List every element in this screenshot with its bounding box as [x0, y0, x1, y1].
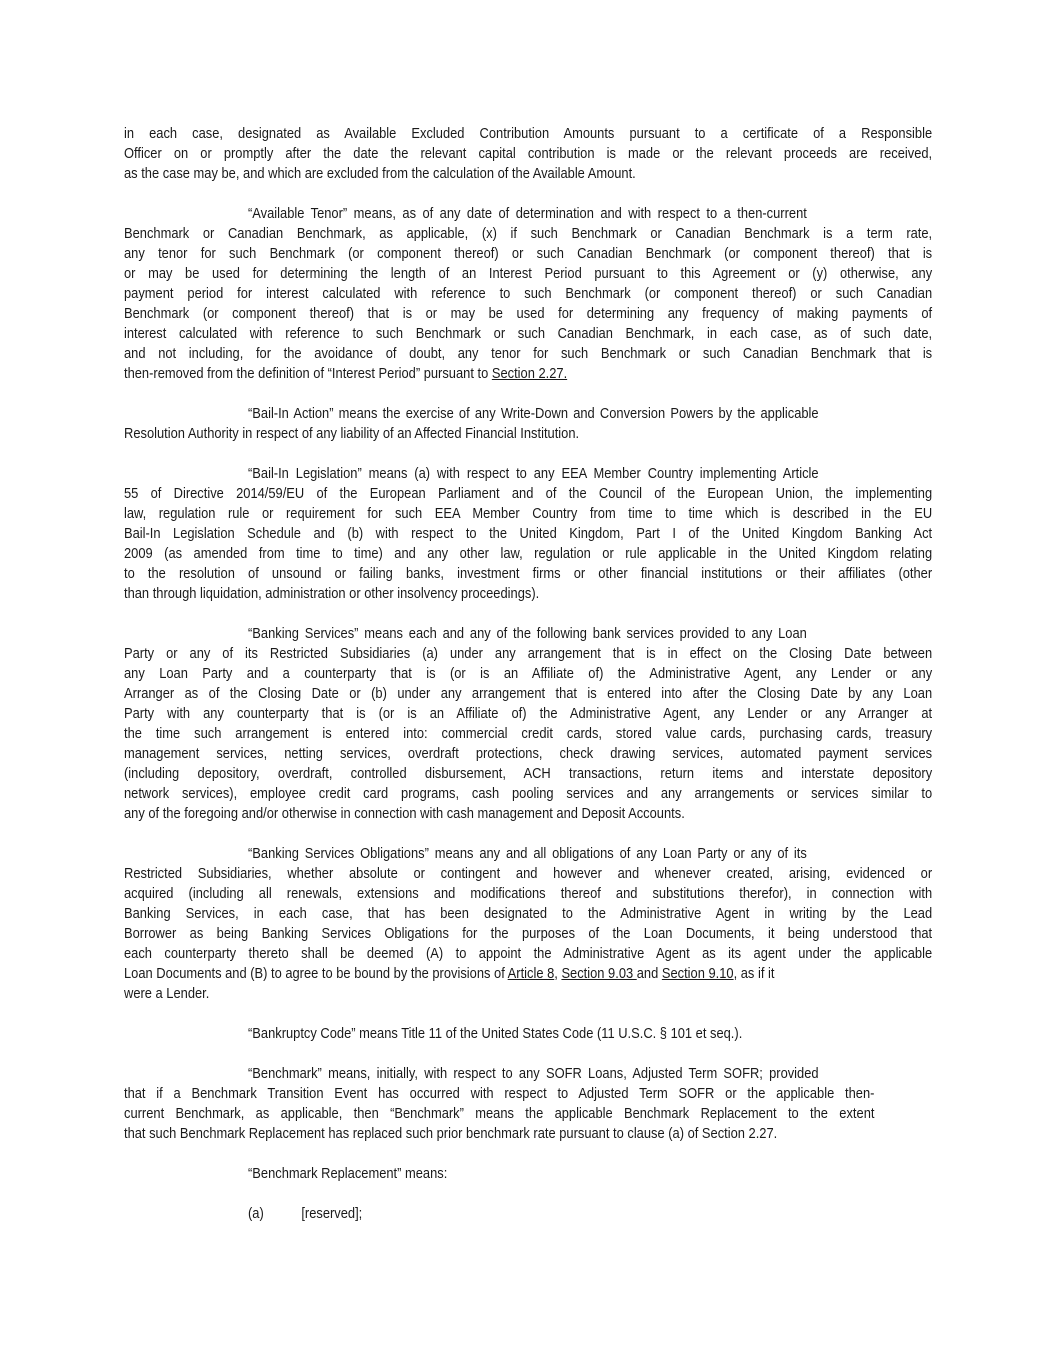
section-9-10-link[interactable]: Section 9.10 [662, 965, 734, 982]
text-line: “Benchmark Replacement” means: [124, 1164, 932, 1184]
text-span: Party or any of its Restricted Subsidiar… [124, 644, 932, 664]
text-fragment: and [637, 965, 662, 982]
text-span: “Banking Services Obligations” means any… [248, 844, 807, 864]
definition-benchmark-replacement: “Benchmark Replacement” means: [124, 1164, 932, 1184]
text-line: any Loan Party and a counterparty that i… [124, 664, 932, 684]
text-line: Benchmark or Canadian Benchmark, as appl… [124, 224, 932, 244]
text-span: that if a Benchmark Transition Event has… [124, 1084, 874, 1104]
text-fragment: , as if it [734, 965, 775, 982]
section-2-27-link[interactable]: Section 2.27. [492, 365, 567, 382]
text-line: as the case may be, and which are exclud… [124, 164, 932, 184]
text-line: Benchmark (or component thereof) that is… [124, 304, 932, 324]
text-line: Borrower as being Banking Services Oblig… [124, 924, 932, 944]
text-span: or may be used for determining the lengt… [124, 264, 932, 284]
text-line: Officer on or promptly after the date th… [124, 144, 932, 164]
text-line: “Bail-In Legislation” means (a) with res… [124, 464, 932, 484]
text-span: “Available Tenor” means, as of any date … [248, 204, 807, 224]
text-span: any tenor for such Benchmark (or compone… [124, 244, 932, 264]
text-line: management services, netting services, o… [124, 744, 932, 764]
text-span: Banking Services, in each case, that has… [124, 904, 932, 924]
text-line: to the resolution of unsound or failing … [124, 564, 932, 584]
text-span: (a)[reserved]; [248, 1204, 362, 1224]
text-span: “Bail-In Action” means the exercise of a… [248, 404, 819, 424]
text-line: law, regulation rule or requirement for … [124, 504, 932, 524]
text-line: 55 of Directive 2014/59/EU of the Europe… [124, 484, 932, 504]
text-span: the time such arrangement is entered int… [124, 724, 932, 744]
definition-bail-in-legislation: “Bail-In Legislation” means (a) with res… [124, 464, 932, 604]
text-line: than through liquidation, administration… [124, 584, 932, 604]
text-span: Benchmark or Canadian Benchmark, as appl… [124, 224, 932, 244]
text-span: 2009 (as amended from time to time) and … [124, 544, 932, 564]
text-span: management services, netting services, o… [124, 744, 932, 764]
text-span: 55 of Directive 2014/59/EU of the Europe… [124, 484, 932, 504]
text-span: “Banking Services” means each and any of… [248, 624, 807, 644]
text-line: “Banking Services” means each and any of… [124, 624, 932, 644]
text-span: then-removed from the definition of “Int… [124, 364, 932, 384]
text-line: “Available Tenor” means, as of any date … [124, 204, 932, 224]
text-span: than through liquidation, administration… [124, 584, 932, 604]
text-span: each counterparty thereto shall be deeme… [124, 944, 932, 964]
text-line: Resolution Authority in respect of any l… [124, 424, 932, 444]
text-line: network services), employee credit card … [124, 784, 932, 804]
definition-bail-in-action: “Bail-In Action” means the exercise of a… [124, 404, 932, 444]
definition-available-tenor: “Available Tenor” means, as of any date … [124, 204, 932, 384]
text-line: interest calculated with reference to su… [124, 324, 932, 344]
section-9-03-link[interactable]: Section 9.03 [561, 965, 636, 982]
text-span: interest calculated with reference to su… [124, 324, 932, 344]
definition-banking-services-obligations: “Banking Services Obligations” means any… [124, 844, 932, 1004]
text-span: Benchmark (or component thereof) that is… [124, 304, 932, 324]
text-line: “Bankruptcy Code” means Title 11 of the … [124, 1024, 932, 1044]
text-line: Loan Documents and (B) to agree to be bo… [124, 964, 932, 984]
text-span: Resolution Authority in respect of any l… [124, 424, 932, 444]
text-line: Banking Services, in each case, that has… [124, 904, 932, 924]
list-item-label: (a) [248, 1204, 301, 1224]
text-span: “Benchmark” means, initially, with respe… [248, 1064, 819, 1084]
text-line: “Bail-In Action” means the exercise of a… [124, 404, 932, 424]
text-span: Arranger as of the Closing Date or (b) u… [124, 684, 932, 704]
definition-banking-services: “Banking Services” means each and any of… [124, 624, 932, 824]
text-span: Borrower as being Banking Services Oblig… [124, 924, 932, 944]
text-span: Party with any counterparty that is (or … [124, 704, 932, 724]
text-span: current Benchmark, as applicable, then “… [124, 1104, 874, 1124]
article-8-link[interactable]: Article 8 [508, 965, 555, 982]
text-line: acquired (including all renewals, extens… [124, 884, 932, 904]
definition-bankruptcy-code: “Bankruptcy Code” means Title 11 of the … [124, 1024, 932, 1044]
text-line: in each case, designated as Available Ex… [124, 124, 932, 144]
text-span: that such Benchmark Replacement has repl… [124, 1124, 932, 1144]
text-span: law, regulation rule or requirement for … [124, 504, 932, 524]
text-span: acquired (including all renewals, extens… [124, 884, 932, 904]
list-item-line: (a)[reserved]; [124, 1204, 932, 1224]
text-span: (including depository, overdraft, contro… [124, 764, 932, 784]
text-line: that such Benchmark Replacement has repl… [124, 1124, 932, 1144]
text-line: current Benchmark, as applicable, then “… [124, 1104, 932, 1124]
text-line: “Benchmark” means, initially, with respe… [124, 1064, 932, 1084]
paragraph-continuation: in each case, designated as Available Ex… [124, 124, 932, 184]
text-line: were a Lender. [124, 984, 932, 1004]
text-line: (including depository, overdraft, contro… [124, 764, 932, 784]
text-line: then-removed from the definition of “Int… [124, 364, 932, 384]
text-line: that if a Benchmark Transition Event has… [124, 1084, 932, 1104]
text-line: Party with any counterparty that is (or … [124, 704, 932, 724]
text-line: Restricted Subsidiaries, whether absolut… [124, 864, 932, 884]
text-line: each counterparty thereto shall be deeme… [124, 944, 932, 964]
text-span: to the resolution of unsound or failing … [124, 564, 932, 584]
text-line: Party or any of its Restricted Subsidiar… [124, 644, 932, 664]
text-span: network services), employee credit card … [124, 784, 932, 804]
text-line: Arranger as of the Closing Date or (b) u… [124, 684, 932, 704]
text-line: payment period for interest calculated w… [124, 284, 932, 304]
text-span: were a Lender. [124, 984, 932, 1004]
text-span: as the case may be, and which are exclud… [124, 164, 932, 184]
text-line: the time such arrangement is entered int… [124, 724, 932, 744]
text-line: any of the foregoing and/or otherwise in… [124, 804, 932, 824]
text-span: Loan Documents and (B) to agree to be bo… [124, 964, 932, 984]
text-line: any tenor for such Benchmark (or compone… [124, 244, 932, 264]
text-span: Bail-In Legislation Schedule and (b) wit… [124, 524, 932, 544]
text-fragment: Loan Documents and (B) to agree to be bo… [124, 965, 508, 982]
text-span: “Bail-In Legislation” means (a) with res… [248, 464, 819, 484]
list-item-text: [reserved]; [301, 1205, 362, 1222]
text-span: Restricted Subsidiaries, whether absolut… [124, 864, 932, 884]
text-line: or may be used for determining the lengt… [124, 264, 932, 284]
text-span: payment period for interest calculated w… [124, 284, 932, 304]
text-span: “Benchmark Replacement” means: [248, 1164, 932, 1184]
text-span: in each case, designated as Available Ex… [124, 124, 932, 144]
text-span: any Loan Party and a counterparty that i… [124, 664, 932, 684]
text-line: Bail-In Legislation Schedule and (b) wit… [124, 524, 932, 544]
list-item: (a)[reserved]; [124, 1204, 932, 1224]
text-fragment: then-removed from the definition of “Int… [124, 365, 492, 382]
text-line: “Banking Services Obligations” means any… [124, 844, 932, 864]
text-span: any of the foregoing and/or otherwise in… [124, 804, 932, 824]
text-line: and not including, for the avoidance of … [124, 344, 932, 364]
text-span: and not including, for the avoidance of … [124, 344, 932, 364]
text-span: “Bankruptcy Code” means Title 11 of the … [248, 1024, 932, 1044]
text-span: Officer on or promptly after the date th… [124, 144, 932, 164]
text-line: 2009 (as amended from time to time) and … [124, 544, 932, 564]
definition-benchmark: “Benchmark” means, initially, with respe… [124, 1064, 932, 1144]
text-fragment: , [554, 965, 561, 982]
document-page: in each case, designated as Available Ex… [124, 124, 932, 1244]
